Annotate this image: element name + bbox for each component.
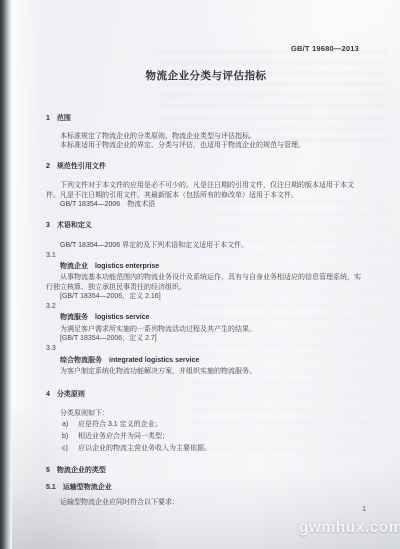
- term-3-3-title: 综合物流服务 integrated logistics service: [60, 356, 366, 366]
- document-title: 物流企业分类与评估指标: [46, 72, 366, 82]
- list-marker: c): [62, 444, 78, 454]
- watermark: gwmhux.com: [299, 519, 400, 537]
- classification-list-item-c: c)应以企业的物流主营业务收入为主要依据。: [62, 444, 366, 454]
- section-4-heading: 4 分类原则: [46, 390, 366, 400]
- term-3-3-number: 3.3: [46, 344, 366, 354]
- document-content: GB/T 19680—2013 物流企业分类与评估指标 1 范围 本标准规定了物…: [46, 0, 366, 549]
- term-3-2-title: 物流服务 logistics service: [60, 313, 366, 323]
- section-2-reference: GB/T 18354—2006 物流术语: [60, 200, 366, 210]
- term-3-1-number: 3.1: [46, 251, 366, 261]
- page-left-edge: [0, 0, 12, 549]
- section-3-heading: 3 术语和定义: [46, 221, 366, 231]
- list-text: 相近业务应合并为同一类型；: [78, 433, 169, 440]
- section-4-intro: 分类原则如下：: [46, 409, 366, 419]
- term-3-1-definition: 从事物流基本功能范围内的物流业务设计及系统运作，具有与自身业务相适应的信息管理系…: [46, 273, 366, 292]
- section-1-heading: 1 范围: [46, 114, 366, 124]
- section-5-heading: 5 物流企业的类型: [46, 466, 366, 476]
- list-marker: a): [62, 420, 78, 430]
- classification-list-item-a: a)应是符合 3.1 定义的企业；: [62, 420, 366, 430]
- list-text: 应是符合 3.1 定义的企业；: [78, 421, 162, 428]
- section-2-heading: 2 规范性引用文件: [46, 162, 366, 172]
- standard-code: GB/T 19680—2013: [46, 44, 366, 54]
- term-3-1-title: 物流企业 logistics enterprise: [60, 262, 366, 272]
- list-text: 应以企业的物流主营业务收入为主要依据。: [78, 445, 211, 452]
- section-1-paragraph-2: 本标准适用于物流企业的界定、分类与评估，也适用于物流企业的规范与管理。: [46, 141, 366, 151]
- section-2-paragraph: 下列文件对于本文件的应用是必不可少的。凡是注日期的引用文件，仅注日期的版本适用于…: [46, 181, 366, 200]
- term-3-2-citation: [GB/T 18354—2006，定义 2.7]: [60, 334, 366, 344]
- page-number: 1: [362, 505, 366, 515]
- term-3-1-citation: [GB/T 18354—2006，定义 2.16]: [60, 292, 366, 302]
- term-3-2-number: 3.2: [46, 302, 366, 312]
- section-3-intro: GB/T 18354—2006 界定的及下列术语和定义适用于本文件。: [46, 241, 366, 251]
- classification-list-item-b: b)相近业务应合并为同一类型；: [62, 432, 366, 442]
- section-5-1-heading: 5.1 运输型物流企业: [46, 483, 366, 493]
- list-marker: b): [62, 432, 78, 442]
- section-5-1-paragraph: 运输型物流企业应同时符合以下要求：: [46, 498, 366, 508]
- term-3-3-definition: 为客户制定系统化物流功能解决方案，并组织实施的物流服务。: [46, 367, 366, 377]
- photo-background: GB/T 19680—2013 物流企业分类与评估指标 1 范围 本标准规定了物…: [0, 0, 400, 549]
